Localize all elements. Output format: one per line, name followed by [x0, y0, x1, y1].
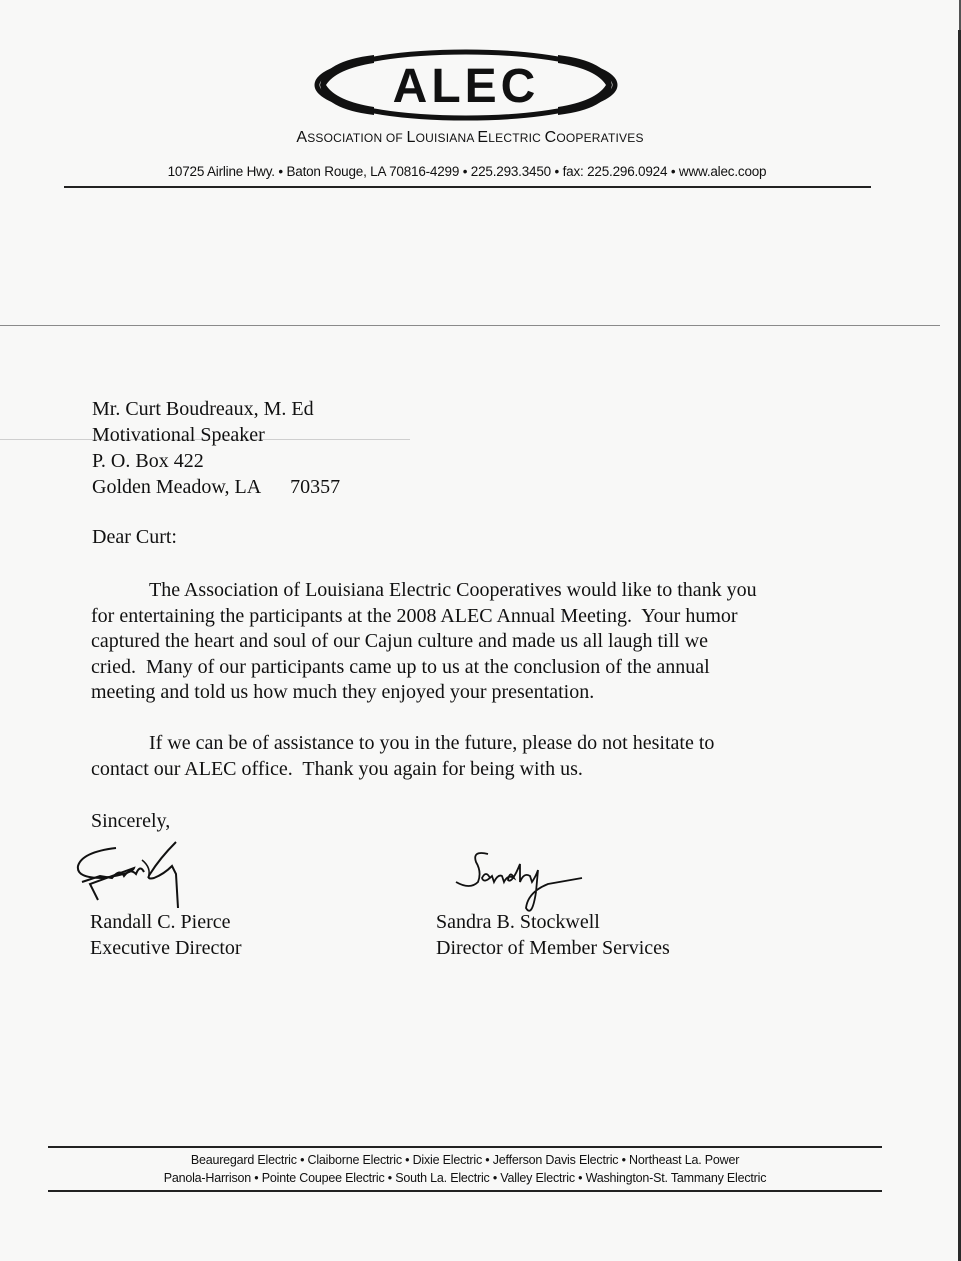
org-name-rest: SSOCIATION OF	[307, 131, 406, 145]
body-paragraph-1: The Association of Louisiana Electric Co…	[91, 578, 851, 706]
footer-divider-bottom	[48, 1190, 882, 1192]
org-name-initial: C	[545, 129, 557, 146]
org-name-initial: A	[296, 129, 307, 146]
logo-text: ALEC	[393, 60, 540, 113]
signatory-2-title: Director of Member Services	[436, 935, 670, 961]
signature-sandra-stockwell	[452, 848, 587, 918]
body-line: cried. Many of our participants came up …	[91, 655, 851, 681]
signatory-1-name: Randall C. Pierce	[90, 909, 231, 935]
letterhead-contact-line: 10725 Airline Hwy. • Baton Rouge, LA 708…	[64, 164, 870, 179]
alec-logo: ALEC	[314, 49, 618, 121]
body-line: captured the heart and soul of our Cajun…	[91, 629, 851, 655]
body-line: If we can be of assistance to you in the…	[91, 731, 851, 757]
letterhead-divider	[64, 186, 871, 188]
signature-randall-pierce	[72, 838, 187, 910]
org-name-initial: L	[406, 129, 415, 146]
body-line: meeting and told us how much they enjoye…	[91, 680, 851, 706]
fold-line	[0, 325, 940, 326]
org-name-rest: OOPERATIVES	[556, 131, 643, 145]
org-name-rest: LECTRIC	[488, 131, 544, 145]
closing: Sincerely,	[91, 808, 170, 834]
organization-name: ASSOCIATION OF LOUISIANA ELECTRIC COOPER…	[0, 129, 940, 147]
recipient-city-state-zip: Golden Meadow, LA 70357	[92, 474, 340, 500]
footer-divider-top	[48, 1146, 882, 1148]
body-line: The Association of Louisiana Electric Co…	[91, 578, 851, 604]
body-line: contact our ALEC office. Thank you again…	[91, 757, 851, 783]
signatory-1-title: Executive Director	[90, 935, 242, 961]
body-line: for entertaining the participants at the…	[91, 604, 851, 630]
org-name-rest: OUISIANA	[416, 131, 478, 145]
recipient-name: Mr. Curt Boudreaux, M. Ed	[92, 396, 314, 422]
member-cooperatives-line-2: Panola-Harrison • Pointe Coupee Electric…	[48, 1171, 882, 1185]
org-name-initial: E	[477, 129, 488, 146]
signatory-2-name: Sandra B. Stockwell	[436, 909, 600, 935]
recipient-address: P. O. Box 422	[92, 448, 204, 474]
body-paragraph-2: If we can be of assistance to you in the…	[91, 731, 851, 782]
salutation: Dear Curt:	[92, 524, 177, 550]
recipient-title: Motivational Speaker	[92, 422, 265, 448]
member-cooperatives-line-1: Beauregard Electric • Claiborne Electric…	[48, 1153, 882, 1167]
